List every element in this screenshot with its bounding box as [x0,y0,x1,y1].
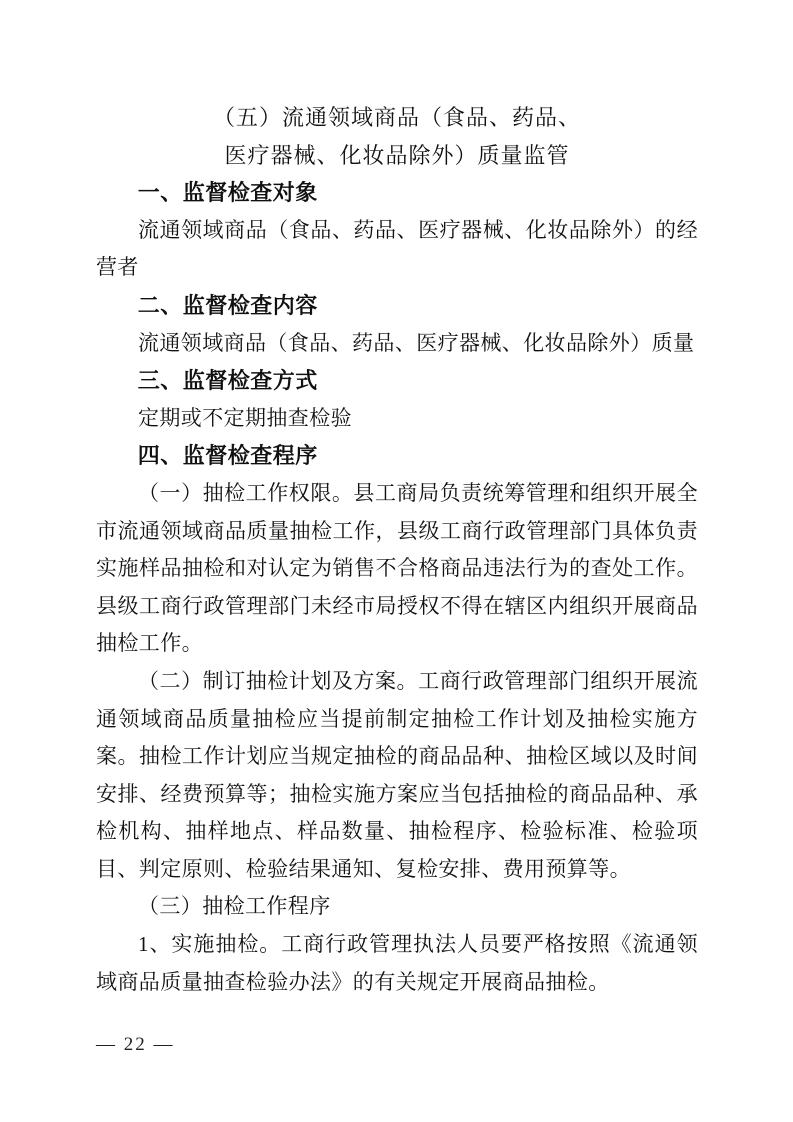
document-title-line-2: 医疗器械、化妆品除外）质量监管 [96,137,698,175]
section-heading-inspection-content: 二、监督检查内容 [96,287,698,325]
paragraph-sampling-plan: （二）制订抽检计划及方案。工商行政管理部门组织开展流通领域商品质量抽检应当提前制… [96,663,698,889]
document-content: （五）流通领域商品（食品、药品、 医疗器械、化妆品除外）质量监管 一、监督检查对… [96,99,698,1001]
section-heading-inspection-procedure: 四、监督检查程序 [96,437,698,475]
document-title-line-1: （五）流通领域商品（食品、药品、 [96,99,698,137]
page-footer: — 22 — [96,1033,175,1057]
section-heading-inspection-target: 一、监督检查对象 [96,174,698,212]
section-paragraph-inspection-target: 流通领域商品（食品、药品、医疗器械、化妆品除外）的经营者 [96,212,698,287]
paragraph-sampling-procedure-subheading: （三）抽检工作程序 [96,888,698,926]
section-paragraph-inspection-content: 流通领域商品（食品、药品、医疗器械、化妆品除外）质量 [96,325,698,363]
document-title: （五）流通领域商品（食品、药品、 医疗器械、化妆品除外）质量监管 [96,99,698,174]
paragraph-sampling-authority: （一）抽检工作权限。县工商局负责统筹管理和组织开展全市流通领域商品质量抽检工作，… [96,475,698,663]
document-page: （五）流通领域商品（食品、药品、 医疗器械、化妆品除外）质量监管 一、监督检查对… [0,0,793,1122]
paragraph-implement-sampling: 1、实施抽检。工商行政管理执法人员要严格按照《流通领域商品质量抽查检验办法》的有… [96,926,698,1001]
page-number: — 22 — [96,1034,175,1055]
section-heading-inspection-method: 三、监督检查方式 [96,362,698,400]
section-paragraph-inspection-method: 定期或不定期抽查检验 [96,400,698,438]
